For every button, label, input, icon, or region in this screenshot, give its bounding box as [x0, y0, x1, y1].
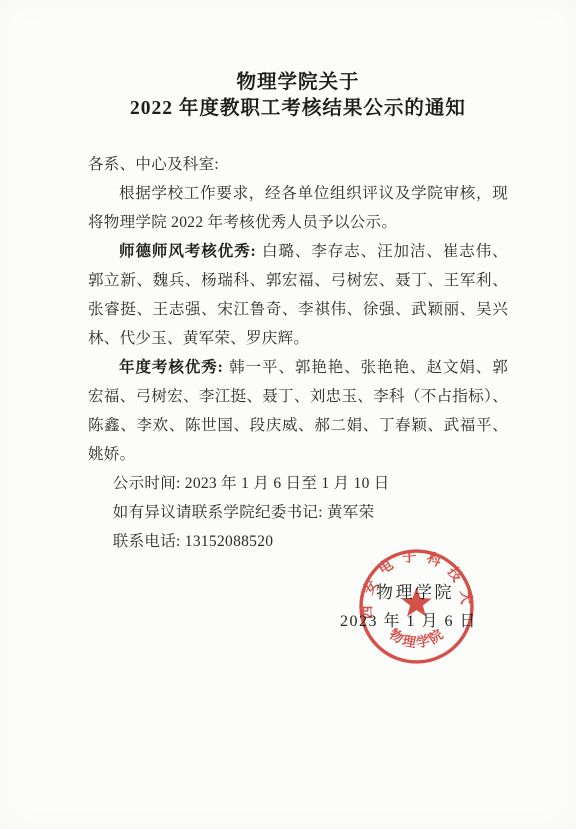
shide-section-paragraph: 师德师风考核优秀:白璐、李存志、汪加洁、崔志伟、郭立新、魏兵、杨瑞科、郭宏福、弓… [88, 237, 508, 353]
notice-body: 各系、中心及科室: 根据学校工作要求，经各单位组织评议及学院审核，现将物理学院 … [88, 150, 508, 556]
salutation: 各系、中心及科室: [88, 150, 508, 179]
star-icon [401, 587, 432, 616]
annual-section-label: 年度考核优秀: [119, 359, 223, 376]
official-seal: 西安电子科技大学 物理学院 [356, 546, 477, 667]
seal-bottom-text: 物理学院 [387, 625, 448, 651]
title-line-1: 物理学院关于 [88, 70, 508, 96]
publicity-time-line: 公示时间: 2023 年 1 月 6 日至 1 月 10 日 [88, 469, 508, 498]
intro-paragraph: 根据学校工作要求，经各单位组织评议及学院审核，现将物理学院 2022 年考核优秀… [88, 179, 508, 237]
notice-page: 物理学院关于 2022 年度教职工考核结果公示的通知 各系、中心及科室: 根据学… [0, 0, 576, 829]
annual-section-paragraph: 年度考核优秀:韩一平、郭艳艳、张艳艳、赵文娟、郭宏福、弓树宏、李江挺、聂丁、刘忠… [88, 353, 508, 469]
objection-contact-line: 如有异议请联系学院纪委书记: 黄军荣 [88, 498, 508, 527]
title-line-2: 2022 年度教职工考核结果公示的通知 [88, 96, 508, 122]
notice-title: 物理学院关于 2022 年度教职工考核结果公示的通知 [88, 70, 508, 122]
shide-section-label: 师德师风考核优秀: [119, 243, 256, 260]
